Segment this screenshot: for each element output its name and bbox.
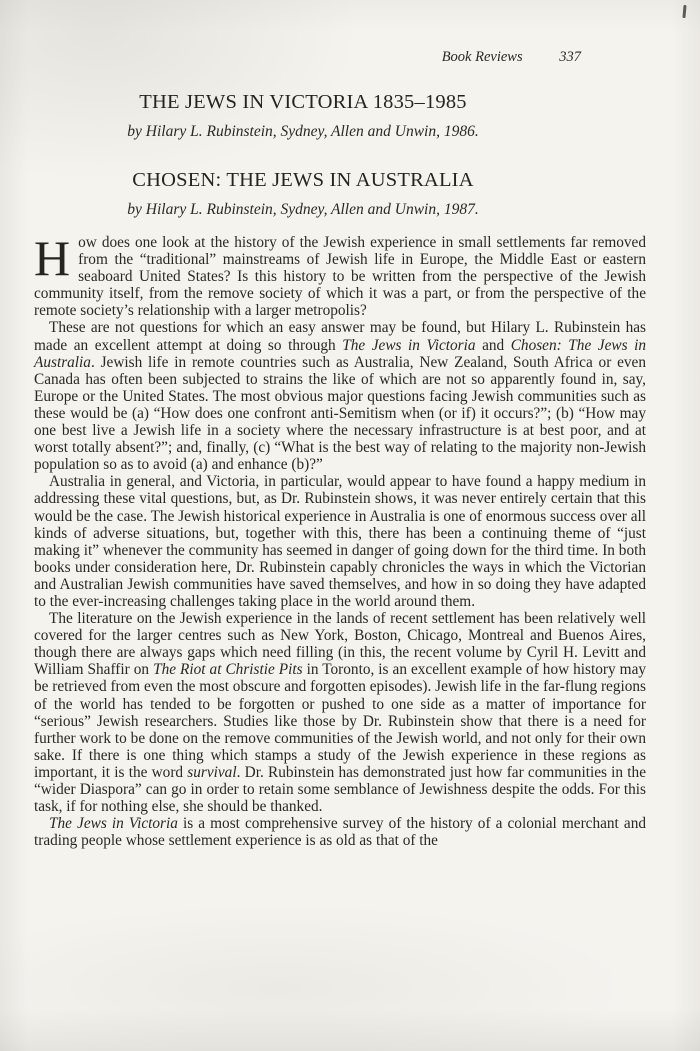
text-segment: ow does one look at the history of the J… bbox=[34, 234, 646, 319]
book-byline-chosen: by Hilary L. Rubinstein, Sydney, Allen a… bbox=[35, 201, 571, 219]
page-number: 337 bbox=[559, 49, 581, 65]
book-byline-victoria: by Hilary L. Rubinstein, Sydney, Allen a… bbox=[35, 123, 571, 141]
body-paragraph: The Jews in Victoria is a most comprehen… bbox=[34, 815, 646, 849]
body-paragraph: The literature on the Jewish experience … bbox=[34, 610, 646, 815]
italic-text-segment: The Jews in Victoria bbox=[342, 337, 475, 354]
dropcap-letter: H bbox=[34, 235, 78, 283]
italic-text-segment: The Riot at Christie Pits bbox=[153, 661, 303, 678]
body-paragraph: How does one look at the history of the … bbox=[34, 234, 646, 319]
text-segment: and bbox=[476, 337, 511, 354]
book-title-victoria: THE JEWS IN VICTORIA 1835–1985 bbox=[35, 91, 571, 114]
scanned-page: Book Reviews 337 THE JEWS IN VICTORIA 18… bbox=[0, 0, 700, 1051]
running-head: Book Reviews 337 bbox=[0, 0, 700, 65]
italic-text-segment: The Jews in Victoria bbox=[49, 815, 178, 832]
body-paragraph: Australia in general, and Victoria, in p… bbox=[34, 473, 646, 610]
italic-text-segment: survival bbox=[187, 764, 236, 781]
body-paragraph: These are not questions for which an eas… bbox=[34, 319, 646, 473]
text-segment: . Jewish life in remote countries such a… bbox=[34, 354, 646, 474]
review-headings: THE JEWS IN VICTORIA 1835–1985 by Hilary… bbox=[35, 91, 645, 219]
text-segment: Australia in general, and Victoria, in p… bbox=[34, 473, 646, 610]
book-title-chosen: CHOSEN: THE JEWS IN AUSTRALIA bbox=[35, 169, 571, 192]
review-body: How does one look at the history of the … bbox=[34, 234, 646, 849]
running-head-section: Book Reviews bbox=[442, 49, 523, 65]
